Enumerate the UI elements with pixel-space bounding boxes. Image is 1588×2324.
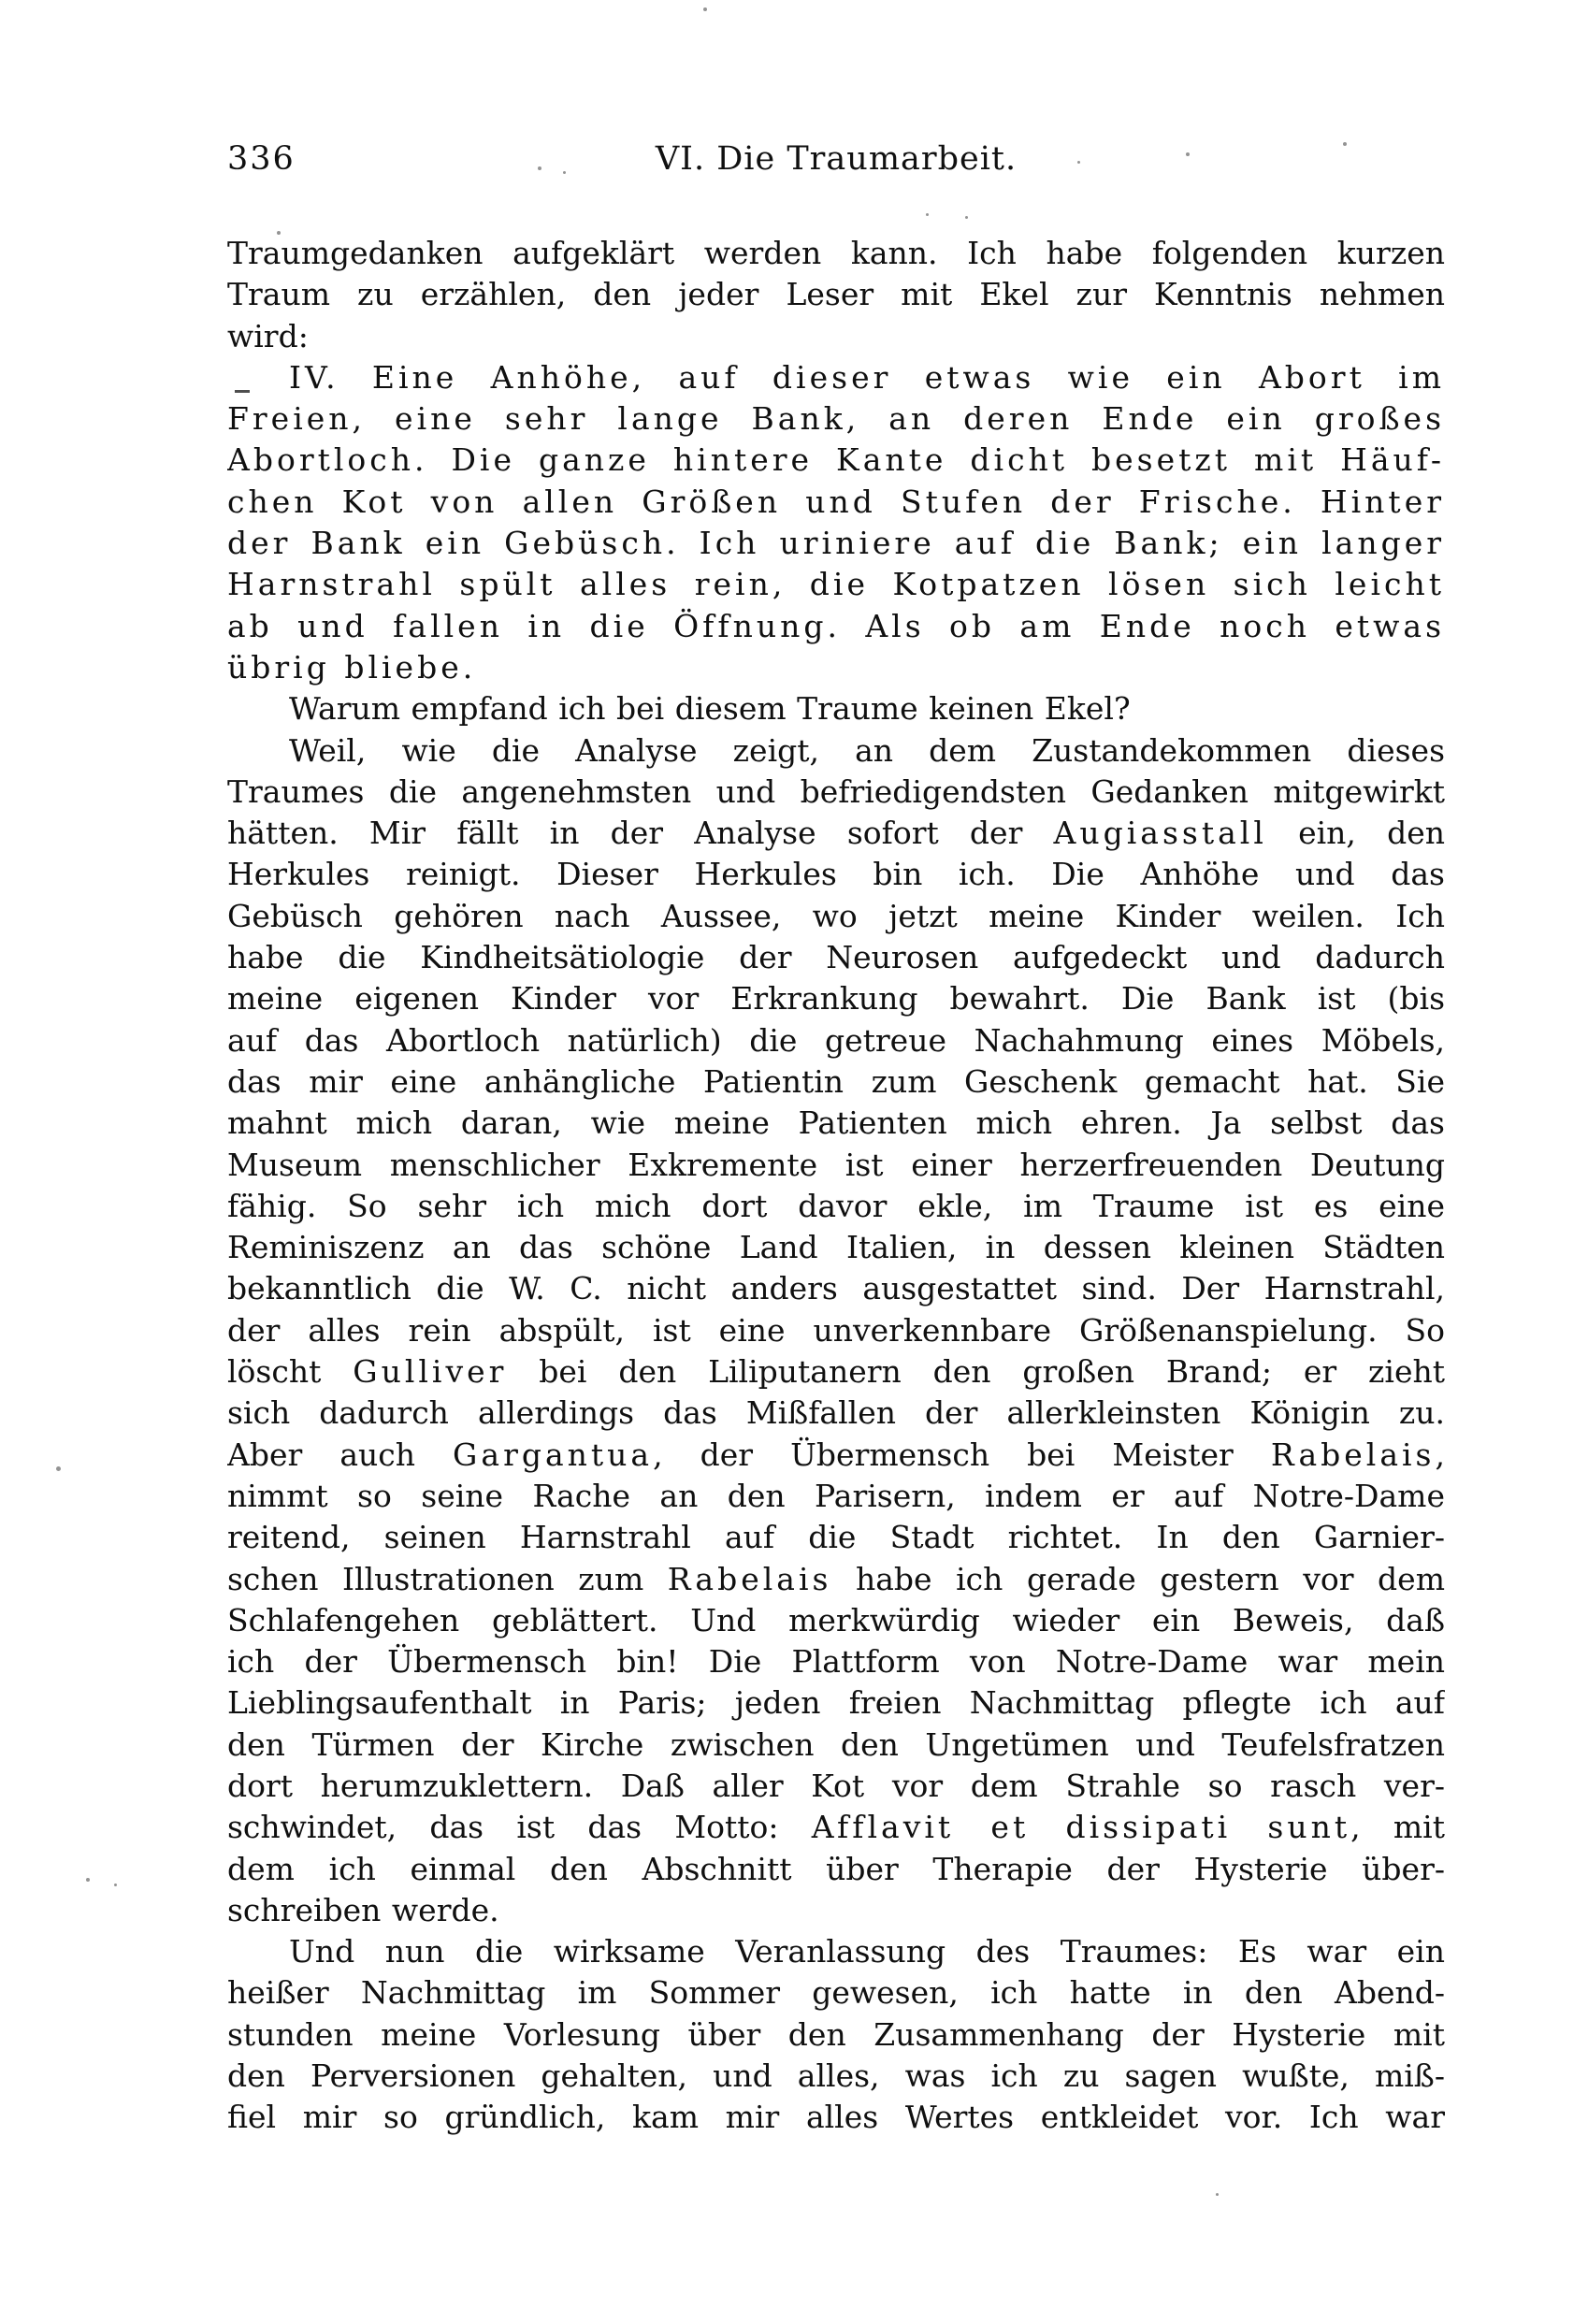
- emphasized-text-segment: Rabelais: [668, 1561, 832, 1597]
- text-line: Schlafengehen geblättert. Und merkwürdig…: [227, 1600, 1445, 1641]
- text-segment: auf das Abortloch natürlich) die getreue…: [227, 1022, 1445, 1059]
- text-line: Reminiszenz an das schöne Land Italien, …: [227, 1227, 1445, 1268]
- running-header-title: VI. Die Traumarbeit.: [227, 140, 1445, 178]
- emphasized-text-segment: IV. Eine Anhöhe, auf dieser etwas wie ei…: [289, 359, 1445, 396]
- emphasized-text-segment: ab und fallen in die Öffnung. Als ob am …: [227, 608, 1445, 644]
- text-line: IV. Eine Anhöhe, auf dieser etwas wie ei…: [227, 357, 1445, 398]
- text-line: sich dadurch allerdings das Mißfallen de…: [227, 1393, 1445, 1434]
- text-segment: Museum menschlicher Exkremente ist einer…: [227, 1147, 1445, 1183]
- text-line: Freien, eine sehr lange Bank, an deren E…: [227, 398, 1445, 440]
- text-line: stunden meine Vorlesung über den Zusamme…: [227, 2014, 1445, 2056]
- text-line: löscht Gulliver bei den Liliputanern den…: [227, 1351, 1445, 1393]
- text-segment: schreiben werde.: [227, 1892, 499, 1928]
- scan-speck: [563, 171, 566, 174]
- scan-speck: [1186, 152, 1190, 156]
- scan-speck: [965, 216, 968, 219]
- emphasized-text-segment: Rabelais: [1271, 1436, 1436, 1473]
- scan-speck: [703, 7, 707, 11]
- text-segment: bekanntlich die W. C. nicht anders ausge…: [227, 1270, 1445, 1306]
- text-line: nimmt so seine Rache an den Parisern, in…: [227, 1476, 1445, 1517]
- text-line: reitend, seinen Harnstrahl auf die Stadt…: [227, 1517, 1445, 1558]
- emphasized-text-segment: Gulliver: [353, 1353, 507, 1390]
- text-segment: hätten. Mir fällt in der Analyse sofort …: [227, 815, 1054, 851]
- text-segment: Traum zu erzählen, den jeder Leser mit E…: [227, 276, 1445, 312]
- text-line: übrig bliebe.: [227, 647, 1445, 688]
- text-segment: habe ich gerade gestern vor dem: [831, 1561, 1445, 1597]
- text-line: meine eigenen Kinder vor Erkrankung bewa…: [227, 978, 1445, 1019]
- text-line: Und nun die wirksame Veranlassung des Tr…: [227, 1931, 1445, 1972]
- text-line: Traumes die angenehmsten und befriedigen…: [227, 772, 1445, 813]
- book-page-scan: 336 VI. Die Traumarbeit. Traumgedanken a…: [0, 0, 1588, 2324]
- text-line: schreiben werde.: [227, 1890, 1445, 1931]
- text-line: ich der Übermensch bin! Die Plattform vo…: [227, 1641, 1445, 1682]
- text-line: Lieblingsaufenthalt in Paris; jeden frei…: [227, 1682, 1445, 1724]
- scan-speck: [86, 1878, 90, 1882]
- text-segment: heißer Nachmittag im Sommer gewesen, ich…: [227, 1974, 1445, 2011]
- text-line: der alles rein abspült, ist eine unverke…: [227, 1310, 1445, 1351]
- text-segment: den Türmen der Kirche zwischen den Unget…: [227, 1726, 1445, 1763]
- text-segment: schwindet, das ist das Motto:: [227, 1809, 812, 1845]
- text-segment: dem ich einmal den Abschnitt über Therap…: [227, 1851, 1445, 1887]
- scan-speck: [1077, 161, 1080, 164]
- page-number: 336: [227, 140, 296, 178]
- text-line: habe die Kindheitsätiologie der Neurosen…: [227, 937, 1445, 978]
- text-line: Harnstrahl spült alles rein, die Kotpatz…: [227, 564, 1445, 605]
- scan-speck: [1343, 142, 1347, 146]
- text-segment: Gebüsch gehören nach Aussee, wo jetzt me…: [227, 898, 1445, 934]
- text-segment: sich dadurch allerdings das Mißfallen de…: [227, 1394, 1445, 1431]
- text-line: fähig. So sehr ich mich dort davor ekle,…: [227, 1186, 1445, 1227]
- text-line: der Bank ein Gebüsch. Ich uriniere auf d…: [227, 523, 1445, 564]
- text-segment: Lieblingsaufenthalt in Paris; jeden frei…: [227, 1684, 1445, 1721]
- emphasized-text-segment: Harnstrahl spült alles rein, die Kotpatz…: [227, 566, 1445, 602]
- text-line: bekanntlich die W. C. nicht anders ausge…: [227, 1268, 1445, 1309]
- text-line: den Türmen der Kirche zwischen den Unget…: [227, 1725, 1445, 1766]
- text-segment: meine eigenen Kinder vor Erkrankung bewa…: [227, 980, 1445, 1017]
- text-line: Museum menschlicher Exkremente ist einer…: [227, 1145, 1445, 1186]
- page-body: Traumgedanken aufgeklärt werden kann. Ic…: [227, 233, 1445, 2139]
- text-segment: , mit: [1350, 1809, 1445, 1845]
- text-segment: , der Übermensch bei Meister: [653, 1436, 1271, 1473]
- text-segment: reitend, seinen Harnstrahl auf die Stadt…: [227, 1519, 1445, 1555]
- text-line: dem ich einmal den Abschnitt über Therap…: [227, 1849, 1445, 1890]
- text-segment: löscht: [227, 1353, 353, 1390]
- emphasized-text-segment: Gargantua: [453, 1436, 653, 1473]
- emphasized-text-segment: Afflavit et dissipati sunt: [812, 1809, 1350, 1845]
- text-segment: wird:: [227, 318, 309, 354]
- text-line: schwindet, das ist das Motto: Afflavit e…: [227, 1807, 1445, 1848]
- text-line: dort herumzuklettern. Daß aller Kot vor …: [227, 1766, 1445, 1807]
- text-line: hätten. Mir fällt in der Analyse sofort …: [227, 813, 1445, 854]
- text-segment: Herkules reinigt. Dieser Herkules bin ic…: [227, 856, 1445, 892]
- scan-speck: [1216, 2193, 1219, 2196]
- text-segment: Traumgedanken aufgeklärt werden kann. Ic…: [227, 235, 1445, 271]
- text-segment: stunden meine Vorlesung über den Zusamme…: [227, 2016, 1445, 2053]
- text-line: Warum empfand ich bei diesem Traume kein…: [227, 688, 1445, 729]
- text-line: heißer Nachmittag im Sommer gewesen, ich…: [227, 1972, 1445, 2014]
- text-segment: das mir eine anhängliche Patientin zum G…: [227, 1063, 1445, 1100]
- page-header: 336 VI. Die Traumarbeit.: [227, 140, 1445, 187]
- text-line: Traum zu erzählen, den jeder Leser mit E…: [227, 274, 1445, 315]
- emphasized-text-segment: chen Kot von allen Größen und Stufen der…: [227, 484, 1445, 520]
- text-segment: dort herumzuklettern. Daß aller Kot vor …: [227, 1768, 1445, 1804]
- text-segment: den Perversionen gehalten, und alles, wa…: [227, 2057, 1445, 2094]
- text-segment: fähig. So sehr ich mich dort davor ekle,…: [227, 1188, 1445, 1224]
- text-line: schen Illustrationen zum Rabelais habe i…: [227, 1559, 1445, 1600]
- emphasized-text-segment: Augiasstall: [1054, 815, 1267, 851]
- text-segment: fiel mir so gründlich, kam mir alles Wer…: [227, 2099, 1445, 2135]
- text-segment: Weil, wie die Analyse zeigt, an dem Zust…: [289, 732, 1445, 769]
- emphasized-text-segment: Abortloch. Die ganze hintere Kante dicht…: [227, 441, 1445, 478]
- text-segment: Aber auch: [227, 1436, 453, 1473]
- text-line: das mir eine anhängliche Patientin zum G…: [227, 1061, 1445, 1103]
- scan-speck: [926, 213, 929, 216]
- text-line: chen Kot von allen Größen und Stufen der…: [227, 482, 1445, 523]
- scan-dash: [235, 390, 250, 393]
- scan-speck: [538, 166, 541, 170]
- text-line: den Perversionen gehalten, und alles, wa…: [227, 2056, 1445, 2097]
- scan-speck: [277, 231, 281, 235]
- text-segment: ,: [1436, 1436, 1446, 1473]
- text-line: Aber auch Gargantua, der Übermensch bei …: [227, 1435, 1445, 1476]
- text-line: Gebüsch gehören nach Aussee, wo jetzt me…: [227, 896, 1445, 937]
- emphasized-text-segment: der Bank ein Gebüsch. Ich uriniere auf d…: [227, 525, 1445, 561]
- text-segment: mahnt mich daran, wie meine Patienten mi…: [227, 1104, 1445, 1141]
- text-line: fiel mir so gründlich, kam mir alles Wer…: [227, 2097, 1445, 2138]
- text-segment: nimmt so seine Rache an den Parisern, in…: [227, 1478, 1445, 1514]
- text-line: Abortloch. Die ganze hintere Kante dicht…: [227, 440, 1445, 481]
- text-segment: Schlafengehen geblättert. Und merkwürdig…: [227, 1602, 1445, 1638]
- text-line: Weil, wie die Analyse zeigt, an dem Zust…: [227, 730, 1445, 772]
- scan-speck: [114, 1884, 117, 1886]
- text-segment: bei den Liliputanern den großen Brand; e…: [507, 1353, 1445, 1390]
- emphasized-text-segment: Freien, eine sehr lange Bank, an deren E…: [227, 400, 1445, 437]
- text-segment: Reminiszenz an das schöne Land Italien, …: [227, 1229, 1445, 1265]
- text-segment: Warum empfand ich bei diesem Traume kein…: [289, 690, 1131, 727]
- scan-speck: [56, 1466, 61, 1471]
- text-segment: ein, den: [1267, 815, 1445, 851]
- text-segment: Traumes die angenehmsten und befriedigen…: [227, 773, 1445, 810]
- text-line: Herkules reinigt. Dieser Herkules bin ic…: [227, 854, 1445, 895]
- text-line: Traumgedanken aufgeklärt werden kann. Ic…: [227, 233, 1445, 274]
- text-line: mahnt mich daran, wie meine Patienten mi…: [227, 1103, 1445, 1144]
- text-segment: schen Illustrationen zum: [227, 1561, 668, 1597]
- text-segment: der alles rein abspült, ist eine unverke…: [227, 1312, 1445, 1349]
- text-segment: ich der Übermensch bin! Die Plattform vo…: [227, 1643, 1445, 1680]
- text-line: wird:: [227, 316, 1445, 357]
- text-line: auf das Abortloch natürlich) die getreue…: [227, 1020, 1445, 1061]
- text-segment: Und nun die wirksame Veranlassung des Tr…: [289, 1933, 1445, 1970]
- text-line: ab und fallen in die Öffnung. Als ob am …: [227, 606, 1445, 647]
- emphasized-text-segment: übrig bliebe.: [227, 649, 476, 686]
- text-segment: habe die Kindheitsätiologie der Neurosen…: [227, 939, 1445, 975]
